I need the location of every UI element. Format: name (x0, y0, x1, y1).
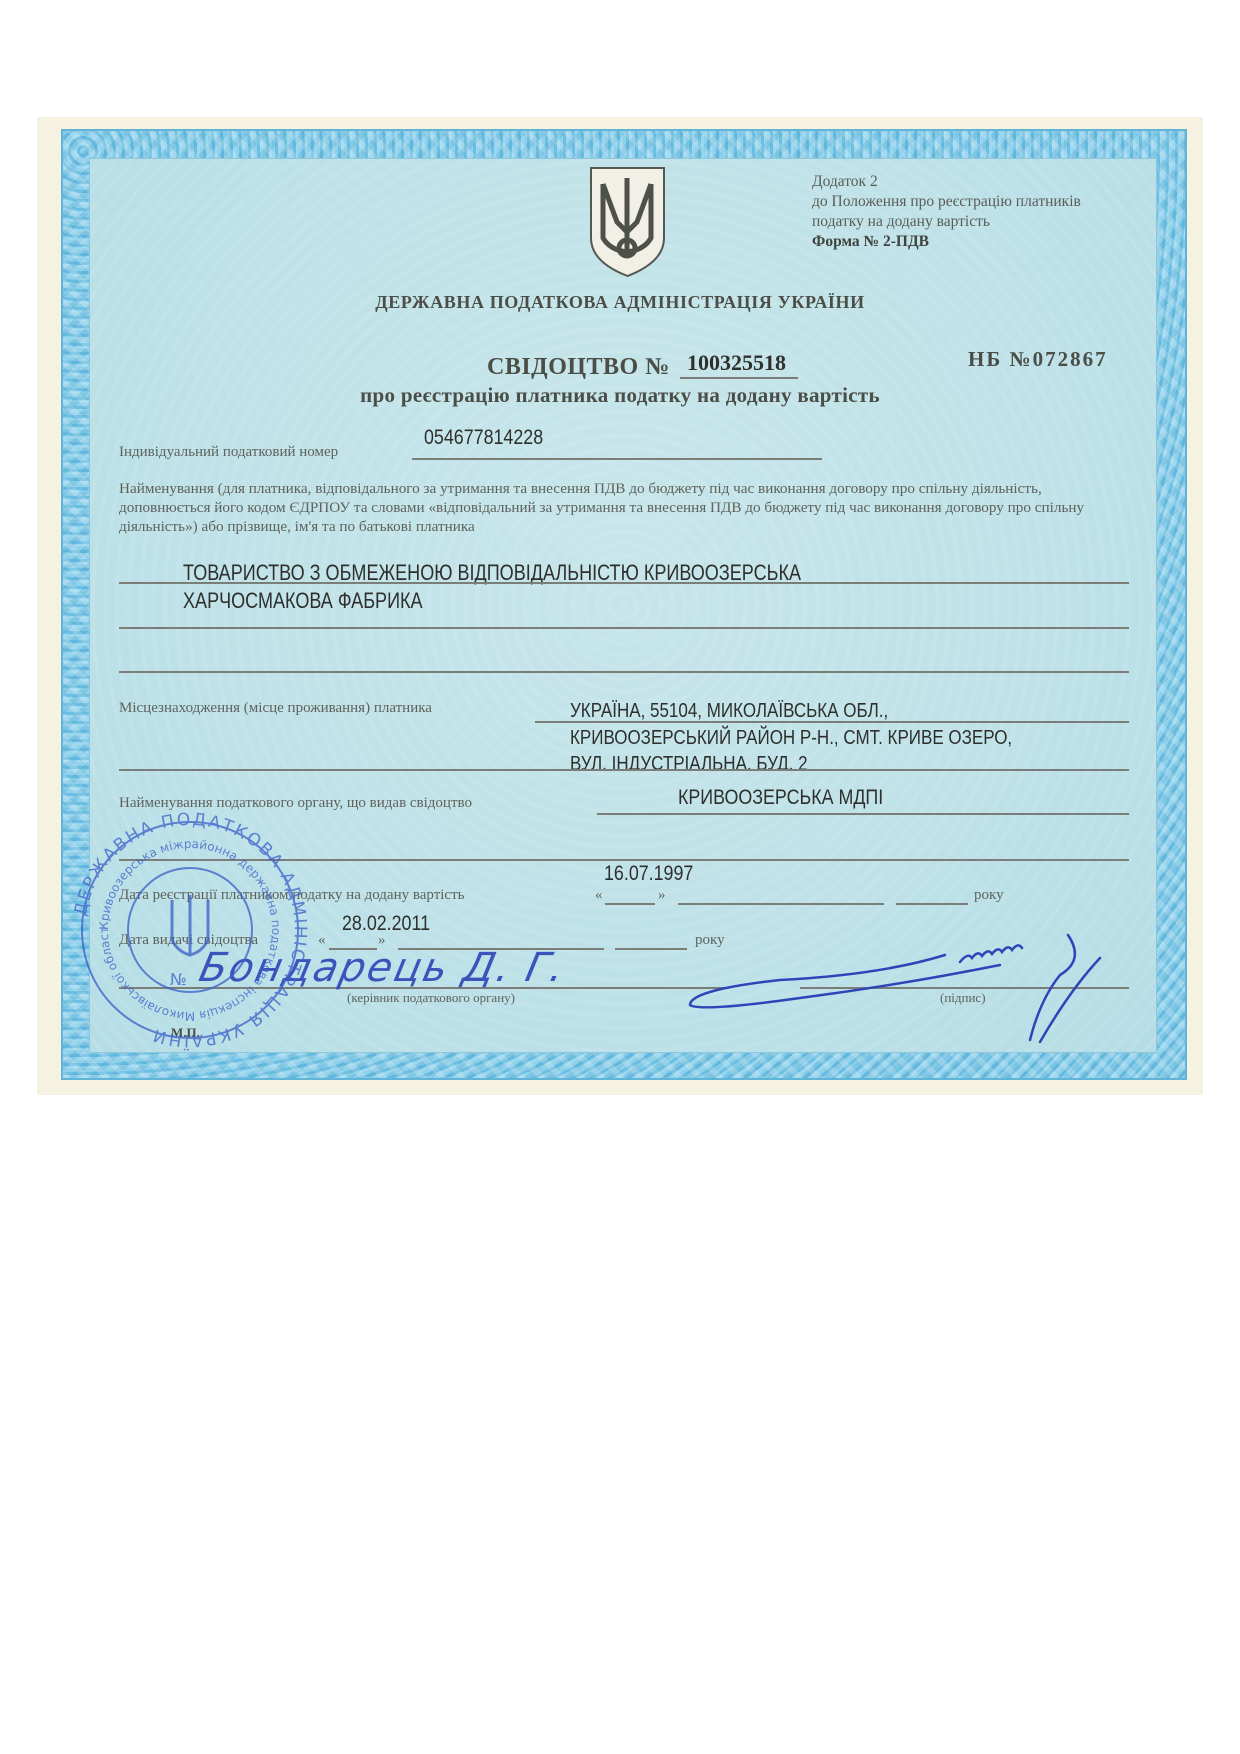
official-stamp: ДЕРЖАВНА ПОДАТКОВА АДМІНІСТРАЦІЯ УКРАЇНИ… (0, 0, 310, 1051)
signature-icon (690, 935, 1100, 1042)
ink-layer: ДЕРЖАВНА ПОДАТКОВА АДМІНІСТРАЦІЯ УКРАЇНИ… (0, 0, 1240, 1754)
svg-text:Кривоозерська міжрайонна держа: Кривоозерська міжрайонна державна податк… (0, 0, 283, 1023)
stamp-trident-icon (172, 895, 208, 955)
stamp-inner-text: Кривоозерська міжрайонна державна податк… (0, 0, 283, 1023)
stamp-number-mark: № (170, 970, 187, 989)
